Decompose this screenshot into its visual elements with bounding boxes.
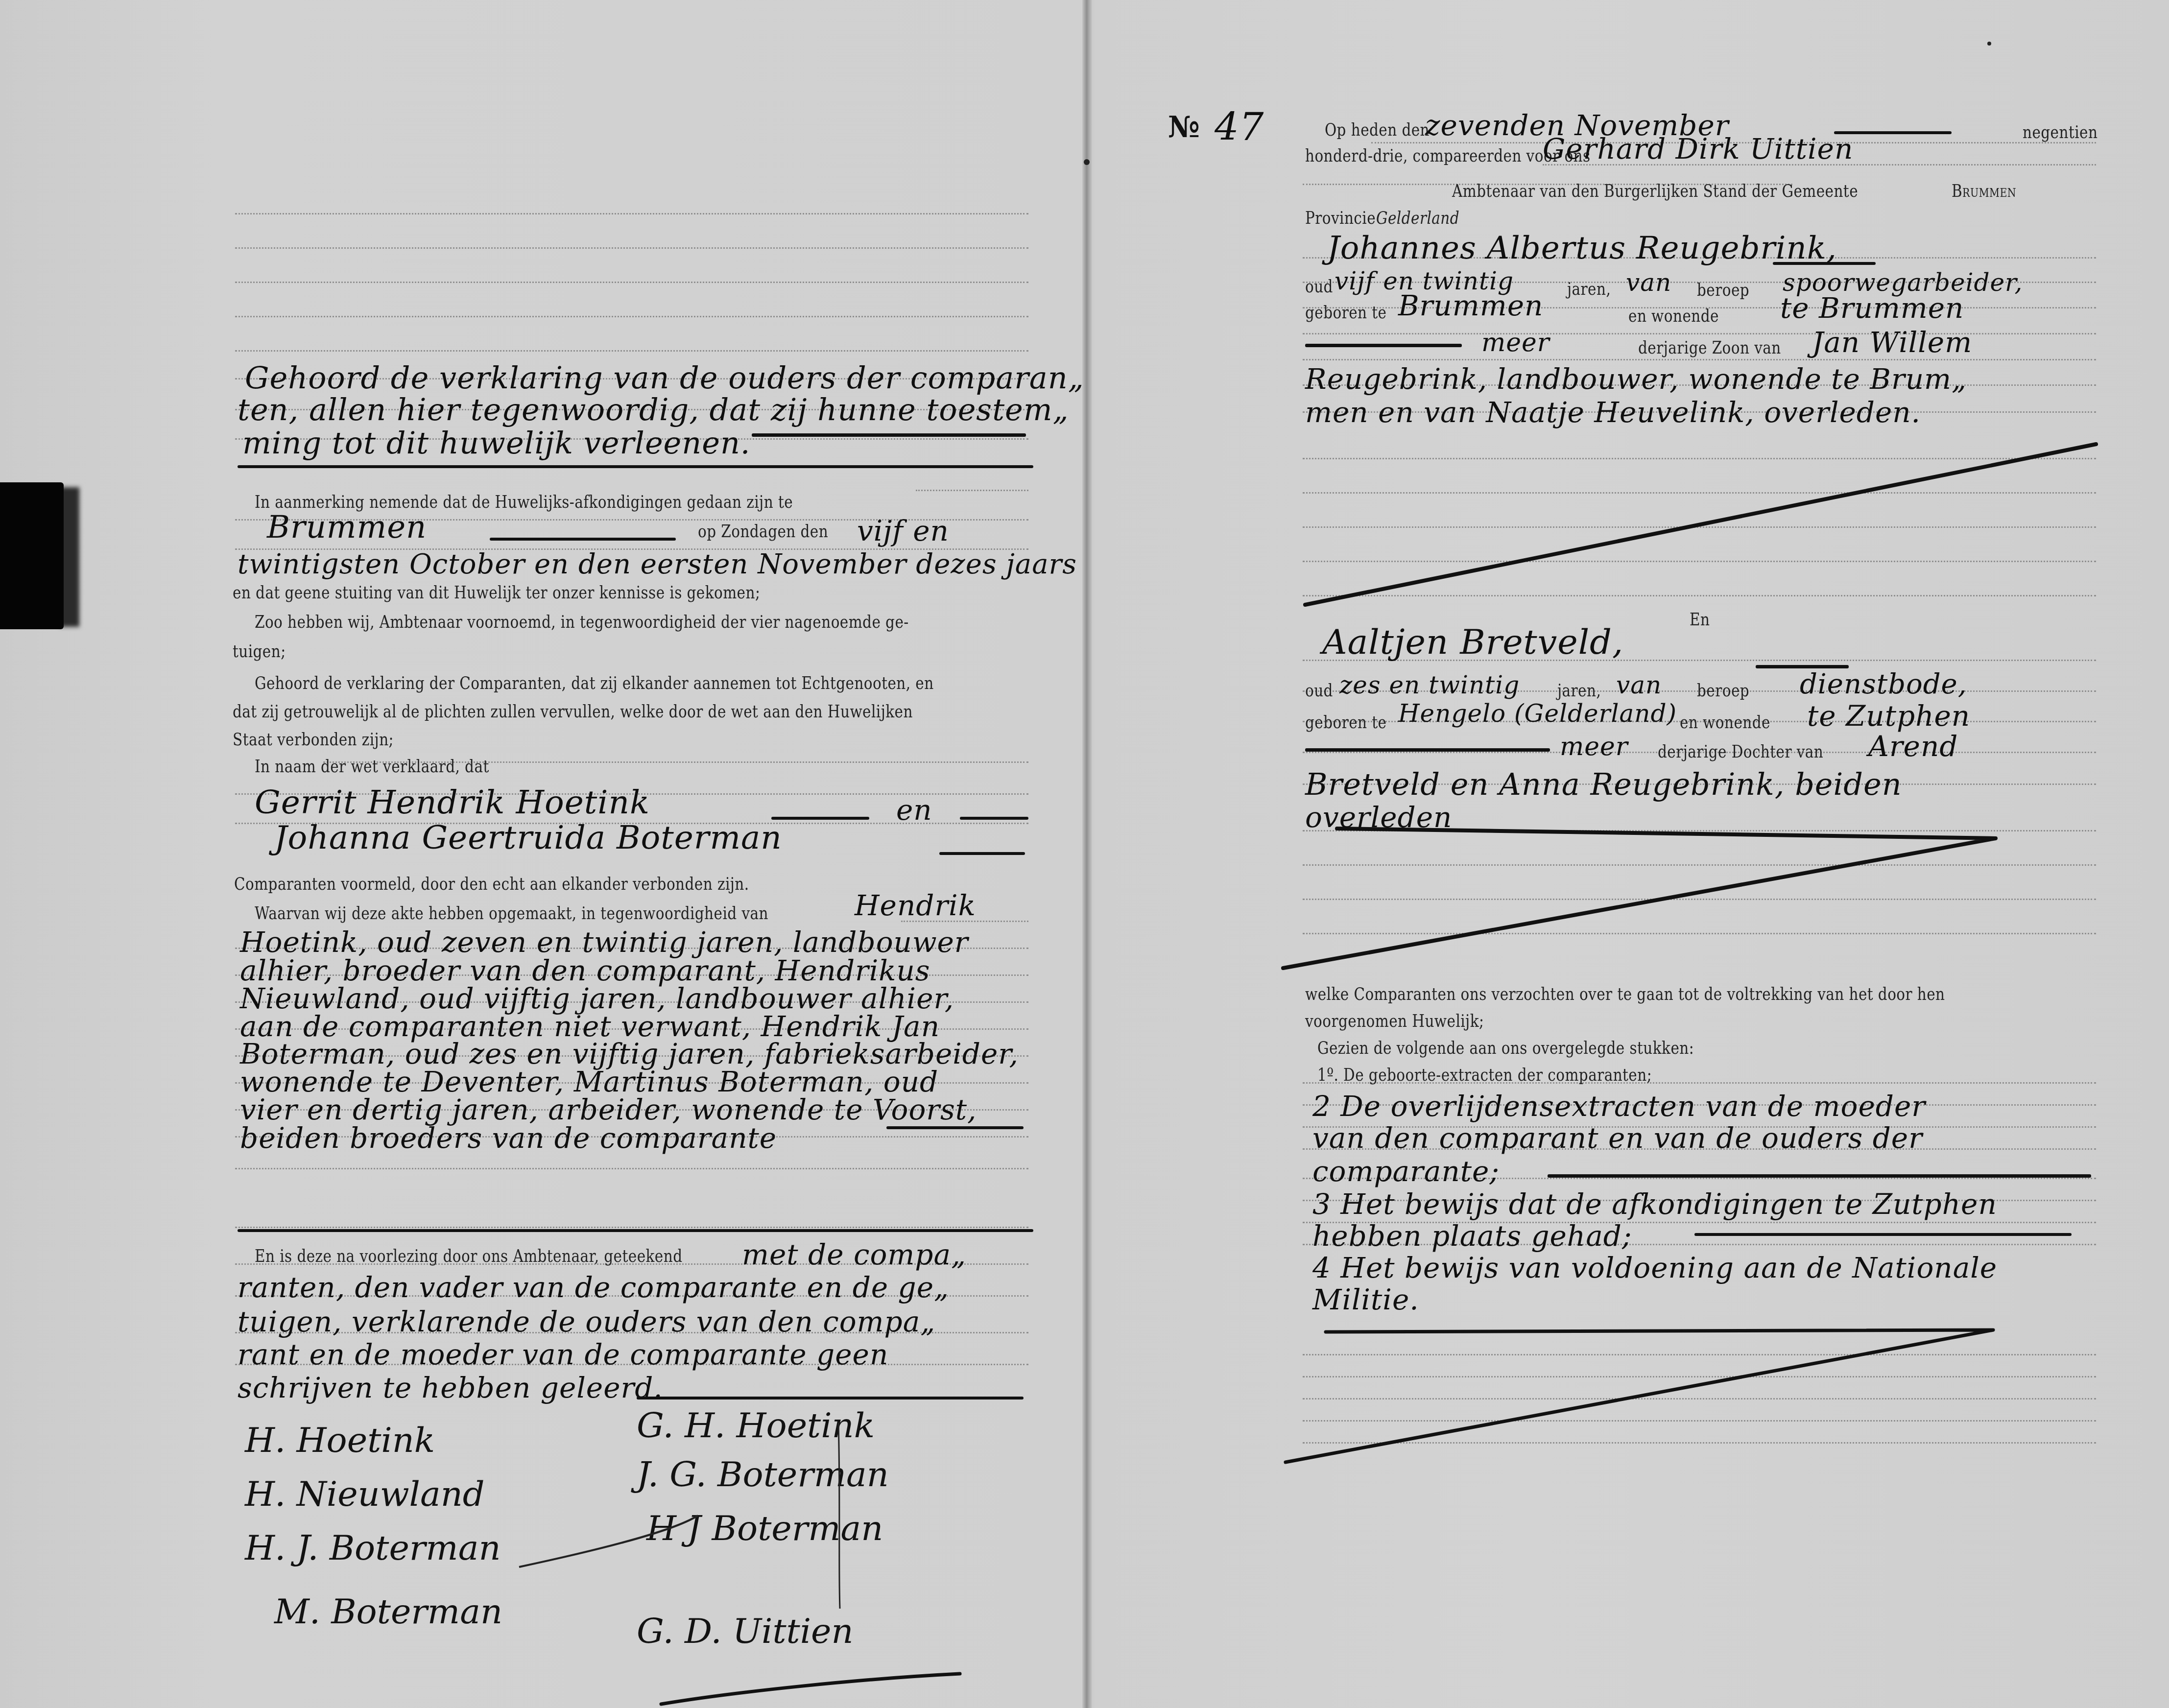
fill-rule [1756,665,1849,668]
document-line-1: 2 De overlijdensextracten van de moeder [1312,1090,1926,1123]
bride-years-label: jaren, [1557,681,1601,701]
signature-h-nieuwland: H. Nieuwland [245,1474,485,1514]
paragraph-4: dat zij getrouwelijk al de plichten zull… [233,702,913,722]
signature-gh-hoetink: G. H. Hoetink [637,1405,875,1446]
document-line-7: Militie. [1312,1283,1419,1316]
signature-official-uittien: G. D. Uittien [637,1611,854,1651]
signature-hj-boterman-2: H J Boterman [646,1508,883,1548]
request-line-3: Gezien de volgende aan ons overgelegde s… [1317,1038,1694,1058]
paragraph-5: Staat verbonden zijn; [233,730,394,750]
fill-rule [1773,262,1876,265]
bride-name: Johanna Geertruida Boterman [274,819,782,856]
document-line-4: 3 Het bewijs dat de afkondigingen te Zut… [1312,1187,1997,1221]
consent-line-3: ming tot dit huwelijk verleenen. [242,425,751,461]
bride-full-name: Aaltjen Bretveld, [1322,622,1623,662]
request-item-1: 1º. De geboorte-extracten der comparante… [1317,1065,1652,1085]
binding-hole [1084,159,1090,165]
intro-printed-4: Ambtenaar van den Burgerlijken Stand der… [1452,181,1858,201]
signature-jg-boterman: J. G. Boterman [637,1454,889,1494]
consent-line-1: Gehoord de verklaring van de ouders der … [245,360,1084,396]
proclamation-date-2: twintigsten October en den eersten Novem… [238,548,1077,580]
groom-parents-2: Reugebrink, landbouwer, wonende te Brum„ [1305,362,1967,396]
groom-birthplace: Brummen [1398,289,1543,322]
signing-hand-4: schrijven te hebben geleerd. [238,1371,663,1404]
book-gutter [1082,0,1092,1708]
signature-h-hoetink: H. Hoetink [245,1420,435,1460]
consent-line-2: ten, allen hier tegenwoordig, dat zij hu… [238,392,1069,427]
bride-age-label: oud [1305,681,1333,701]
couple-connector: en [896,793,932,827]
fill-rule [939,852,1025,855]
en-label: En [1690,610,1710,630]
signing-hand-3: rant en de moeder van de comparante geen [238,1338,888,1371]
signature-m-boterman: M. Boterman [274,1591,502,1632]
section-rule [238,1229,1033,1232]
fill-rule [1694,1233,2072,1236]
paragraph-3: Gehoord de verklaring der Comparanten, d… [255,673,934,693]
intro-printed-2: negentien [2023,122,2097,142]
witness-line-8: beiden broeders van de comparante [240,1121,777,1155]
united-text: Comparanten voormeld, door den echt aan … [234,874,749,894]
groom-major: meer [1481,328,1550,357]
official-name: Gerhard Dirk Uittien [1543,132,1853,166]
bride-born-label: geboren te [1305,712,1386,733]
intro-printed-1: Op heden den [1325,120,1430,140]
request-line-1: welke Comparanten ons verzochten over te… [1305,984,1945,1004]
groom-residence: te Brummen [1780,291,1964,325]
intro-printed-5: Provincie [1305,208,1376,228]
groom-living-label: en wonende [1628,306,1719,326]
fill-rule [1548,1174,2091,1178]
signing-hand-1: ranten, den vader van de comparante en d… [238,1271,949,1304]
signature-hj-boterman: H. J. Boterman [245,1528,501,1568]
bride-residence: te Zutphen [1807,699,1970,733]
groom-born-label: geboren te [1305,303,1386,323]
act-number-label: № [1168,110,1200,144]
bride-profession-label: beroep [1697,681,1749,701]
paragraph-6: In naam der wet verklaard, dat [255,757,489,777]
bride-birthplace: Hengelo (Gelderland) [1398,699,1677,728]
fill-rule [960,817,1028,820]
signing-printed: En is deze na voorlezing door ons Ambten… [255,1246,682,1266]
groom-parents-3: men en van Naatje Heuvelink, overleden. [1305,396,1921,429]
fill-rule [637,1397,1024,1400]
fill-rule [1305,344,1462,347]
witnesses-intro: Waarvan wij deze akte hebben opgemaakt, … [255,903,768,924]
bride-parents-2: Bretveld en Anna Reugebrink, beiden [1305,766,1902,802]
ink-speck [1987,42,1991,46]
bride-major: meer [1560,732,1628,761]
bride-profession: dienstbode, [1800,668,1967,700]
groom-full-name: Johannes Albertus Reugebrink, [1327,230,1837,266]
document-line-3: comparante; [1312,1155,1500,1188]
proclamation-printed-3: en dat geene stuiting van dit Huwelijk t… [233,583,760,603]
bride-living-label: en wonende [1680,712,1770,733]
bride-daughter-label: derjarige Dochter van [1658,742,1823,762]
groom-van: van [1626,268,1671,297]
fill-rule [771,817,869,820]
bride-parents-1: Arend [1868,730,1958,763]
bride-van: van [1616,671,1662,699]
fill-rule [490,538,676,541]
fill-rule [752,433,1026,437]
document-line-2: van den comparant en van de ouders der [1312,1121,1923,1155]
bride-age: zes en twintig [1339,671,1520,699]
document-line-5: hebben plaats gehad; [1312,1219,1632,1253]
bride-parents-3: overleden [1305,801,1452,834]
witness-line-0: Hendrik [855,889,976,922]
fill-rule [1305,748,1550,752]
section-rule [238,465,1033,468]
signing-hand-0: met de compa„ [742,1238,966,1271]
groom-years-label: jaren, [1567,279,1611,299]
municipality: Brummen [1952,181,2016,201]
act-number: 47 [1215,105,1264,149]
fill-rule [886,1126,1024,1129]
document-line-6: 4 Het bewijs van voldoening aan de Natio… [1312,1251,1997,1284]
groom-parents-1: Jan Willem [1812,326,1972,359]
province: Gelderland [1376,208,1459,228]
groom-age-label: oud [1305,277,1333,297]
request-line-2: voorgenomen Huwelijk; [1305,1011,1484,1031]
binding-tab [0,482,64,629]
groom-name: Gerrit Hendrik Hoetink [255,783,650,821]
groom-profession-label: beroep [1697,280,1749,300]
paragraph-1: Zoo hebben wij, Ambtenaar voornoemd, in … [255,612,909,632]
groom-son-label: derjarige Zoon van [1638,338,1781,358]
signing-hand-2: tuigen, verklarende de ouders van den co… [238,1305,935,1338]
proclamation-place: Brummen [267,509,427,546]
paragraph-2: tuigen; [233,641,286,662]
proclamation-printed-2: op Zondagen den [698,522,828,542]
proclamation-date-1: vijf en [857,514,949,547]
